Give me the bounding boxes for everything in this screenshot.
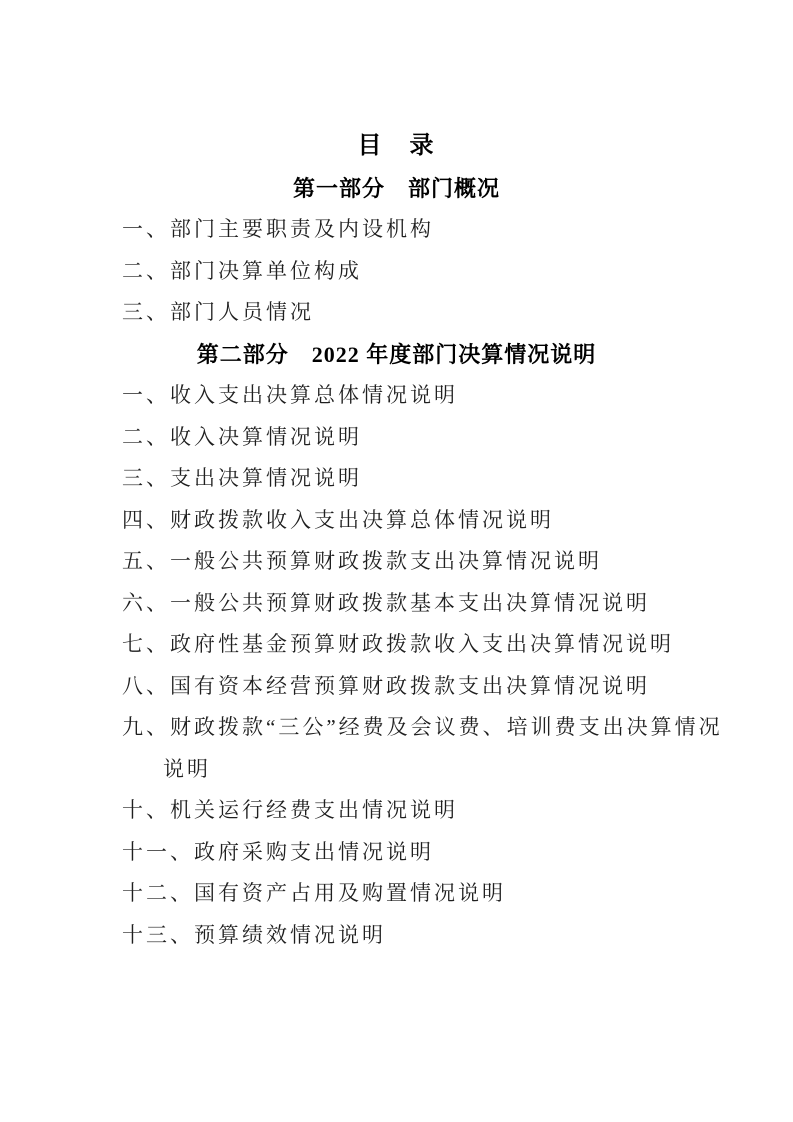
toc-content: 目 录 第一部分 部门概况 一、部门主要职责及内设机构 二、部门决算单位构成 三… — [122, 126, 689, 956]
part1-heading: 第一部分 部门概况 — [104, 168, 689, 210]
toc-item-part2-11: 十一、政府采购支出情况说明 — [122, 832, 689, 874]
toc-item-part2-13: 十三、预算绩效情况说明 — [122, 915, 689, 957]
toc-item-part2-6: 六、一般公共预算财政拨款基本支出决算情况说明 — [122, 583, 689, 625]
toc-item-part2-9-line1: 九、财政拨款“三公”经费及会议费、培训费支出决算情况 — [122, 707, 689, 749]
toc-item-part2-9-line2: 说明 — [122, 749, 689, 791]
toc-item-part2-12: 十二、国有资产占用及购置情况说明 — [122, 873, 689, 915]
toc-item-part2-4: 四、财政拨款收入支出决算总体情况说明 — [122, 500, 689, 542]
toc-item-part2-1: 一、收入支出决算总体情况说明 — [122, 375, 689, 417]
toc-item-part2-7: 七、政府性基金预算财政拨款收入支出决算情况说明 — [122, 624, 689, 666]
toc-title: 目 录 — [104, 126, 689, 168]
part2-heading: 第二部分 2022 年度部门决算情况说明 — [104, 334, 689, 376]
toc-item-part2-10: 十、机关运行经费支出情况说明 — [122, 790, 689, 832]
toc-item-part2-8: 八、国有资本经营预算财政拨款支出决算情况说明 — [122, 666, 689, 708]
toc-item-part2-2: 二、收入决算情况说明 — [122, 417, 689, 459]
toc-item-part2-5: 五、一般公共预算财政拨款支出决算情况说明 — [122, 541, 689, 583]
toc-item-part1-3: 三、部门人员情况 — [122, 292, 689, 334]
toc-item-part2-3: 三、支出决算情况说明 — [122, 458, 689, 500]
toc-item-part1-1: 一、部门主要职责及内设机构 — [122, 209, 689, 251]
document-page: 目 录 第一部分 部门概况 一、部门主要职责及内设机构 二、部门决算单位构成 三… — [0, 0, 793, 1122]
toc-item-part1-2: 二、部门决算单位构成 — [122, 251, 689, 293]
